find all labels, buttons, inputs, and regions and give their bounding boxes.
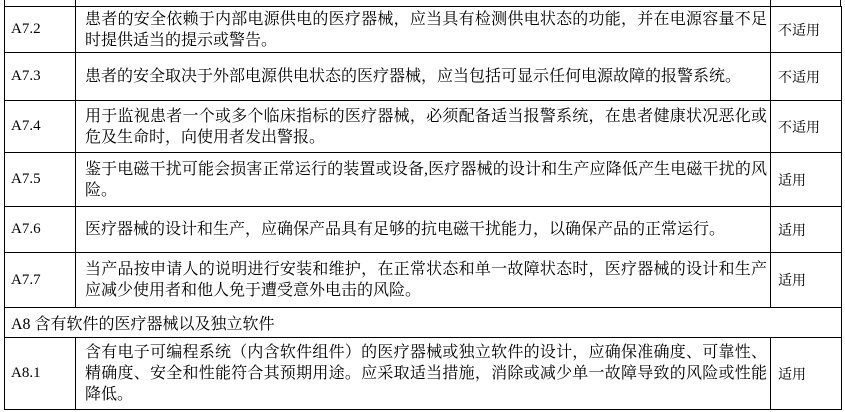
requirement-text-cell: 患者的安全取决于外部电源供电状态的医疗器械，应当包括可显示任何电源故障的报警系统… <box>76 53 771 101</box>
requirement-text-cell: 含有电子可编程系统（内含软件组件）的医疗器械或独立软件的设计，应确保准确度、可靠… <box>76 338 771 410</box>
table-row: A7.6 医疗器械的设计和生产，应确保产品具有足够的抗电磁干扰能力，以确保产品的… <box>5 207 842 253</box>
table-row: A7.7 当产品按申请人的说明进行安装和维护，在正常状态和单一故障状态时，医疗器… <box>5 253 842 308</box>
applicability-cell: 适用 <box>771 338 842 410</box>
table-row: A7.2 患者的安全依赖于内部电源供电的医疗器械，应当具有检测供电状态的功能，并… <box>5 7 842 53</box>
requirements-table: A7.2 患者的安全依赖于内部电源供电的医疗器械，应当具有检测供电状态的功能，并… <box>4 6 842 410</box>
applicability-cell: 不适用 <box>771 53 842 101</box>
requirement-text-cell: 鉴于电磁干扰可能会损害正常运行的装置或设备,医疗器械的设计和生产应降低产生电磁干… <box>76 153 771 207</box>
applicability-cell: 适用 <box>771 207 842 253</box>
requirement-text-cell: 用于监视患者一个或多个临床指标的医疗器械，必须配备适当报警系统，在患者健康状况恶… <box>76 101 771 153</box>
requirement-text-cell: 患者的安全依赖于内部电源供电的医疗器械，应当具有检测供电状态的功能，并在电源容量… <box>76 7 771 53</box>
applicability-cell: 不适用 <box>771 7 842 53</box>
clause-code-cell: A7.5 <box>5 153 76 207</box>
table-row: A8.1 含有电子可编程系统（内含软件组件）的医疗器械或独立软件的设计，应确保准… <box>5 338 842 410</box>
applicability-cell: 适用 <box>771 253 842 308</box>
table-row: A7.3 患者的安全取决于外部电源供电状态的医疗器械，应当包括可显示任何电源故障… <box>5 53 842 101</box>
applicability-cell: 适用 <box>771 153 842 207</box>
applicability-cell: 不适用 <box>771 101 842 153</box>
clause-code-cell: A8.1 <box>5 338 76 410</box>
document-page: A7.2 患者的安全依赖于内部电源供电的医疗器械，应当具有检测供电状态的功能，并… <box>0 0 845 412</box>
clause-code-cell: A7.6 <box>5 207 76 253</box>
section-header-row: A8 含有软件的医疗器械以及独立软件 <box>5 308 842 338</box>
section-title-cell: A8 含有软件的医疗器械以及独立软件 <box>5 308 842 338</box>
clause-code-cell: A7.4 <box>5 101 76 153</box>
requirement-text-cell: 当产品按申请人的说明进行安装和维护，在正常状态和单一故障状态时，医疗器械的设计和… <box>76 253 771 308</box>
clause-code-cell: A7.2 <box>5 7 76 53</box>
requirement-text-cell: 医疗器械的设计和生产，应确保产品具有足够的抗电磁干扰能力，以确保产品的正常运行。 <box>76 207 771 253</box>
clause-code-cell: A7.7 <box>5 253 76 308</box>
clause-code-cell: A7.3 <box>5 53 76 101</box>
table-row: A7.4 用于监视患者一个或多个临床指标的医疗器械，必须配备适当报警系统，在患者… <box>5 101 842 153</box>
table-row: A7.5 鉴于电磁干扰可能会损害正常运行的装置或设备,医疗器械的设计和生产应降低… <box>5 153 842 207</box>
